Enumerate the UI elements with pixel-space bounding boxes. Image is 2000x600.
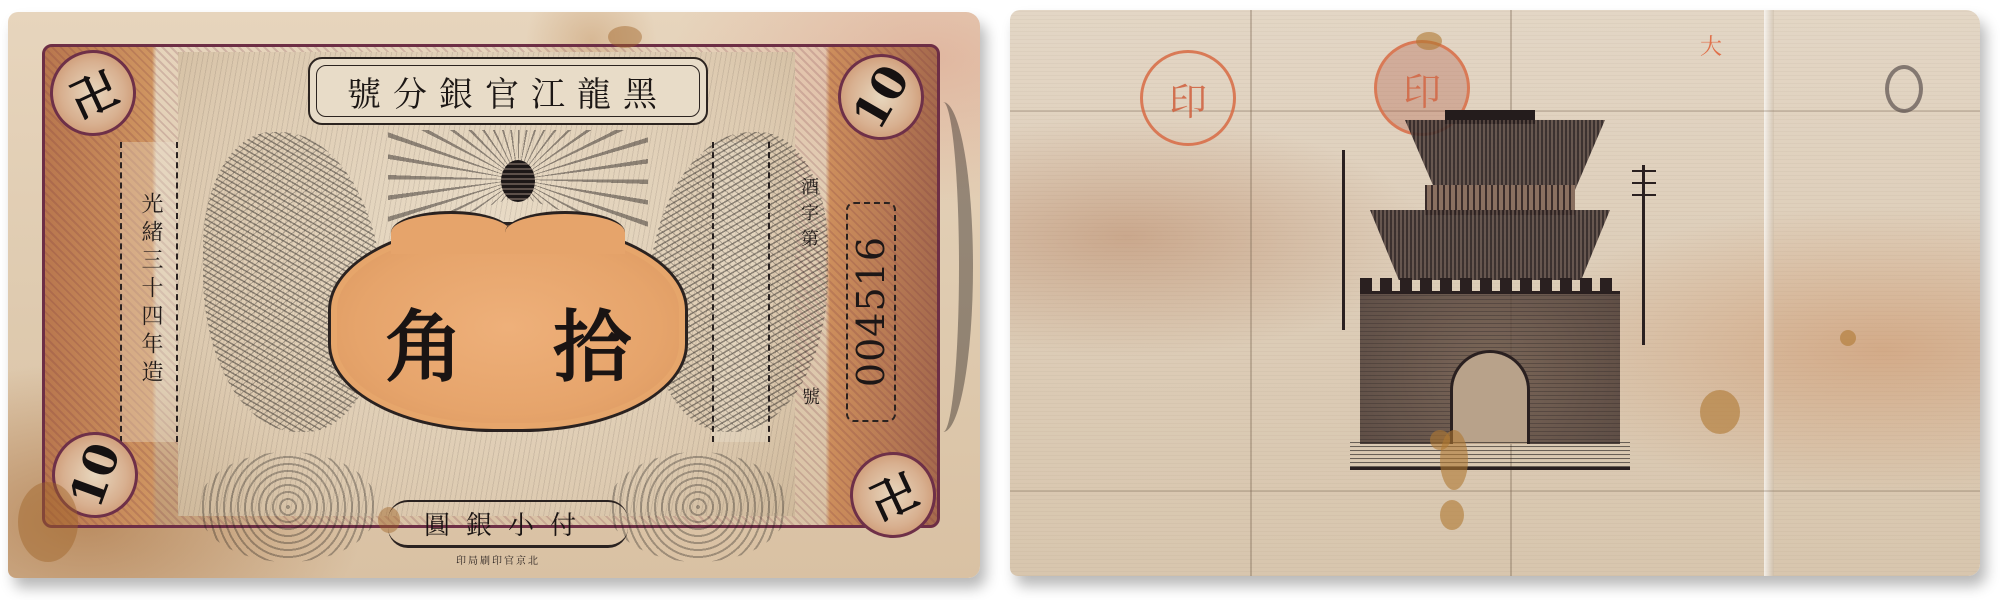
stain bbox=[1430, 430, 1450, 450]
seal-character: 印 bbox=[1403, 61, 1441, 116]
fold-line bbox=[1010, 490, 1980, 492]
denomination: 拾 角 bbox=[331, 285, 685, 397]
flaming-pearl-icon bbox=[501, 160, 535, 202]
stain bbox=[1440, 500, 1464, 530]
serial-number: 004516 bbox=[849, 236, 893, 387]
gate-base bbox=[1350, 440, 1630, 470]
stain bbox=[378, 507, 400, 533]
battlements bbox=[1360, 278, 1620, 294]
stain bbox=[18, 482, 78, 562]
telegraph-pole-right bbox=[1642, 165, 1645, 345]
series-suffix-text: 號 bbox=[798, 387, 822, 405]
small-red-mark: 大 bbox=[1700, 30, 1722, 61]
pole-crossbar bbox=[1632, 170, 1656, 172]
stain bbox=[1700, 390, 1740, 434]
banknote-back: 印 印 大 bbox=[1010, 10, 1980, 576]
series-prefix-text: 酒字第 bbox=[791, 177, 821, 255]
seal-character: 印 bbox=[1169, 71, 1207, 126]
flagpole-left bbox=[1342, 150, 1345, 330]
gate-tower-vignette bbox=[1350, 110, 1630, 470]
swastika-symbol-icon: 卍 bbox=[58, 53, 128, 132]
printer-imprint: 北京官印刷局印 bbox=[456, 552, 540, 567]
stain bbox=[608, 26, 642, 48]
pole-crossbar bbox=[1632, 194, 1656, 196]
upper-roof bbox=[1405, 120, 1605, 190]
denomination-char-ten: 拾 bbox=[553, 285, 631, 397]
floral-ornament-right-icon bbox=[608, 452, 788, 562]
lower-roof bbox=[1370, 210, 1610, 280]
floral-ornament-left-icon bbox=[198, 452, 378, 562]
swastika-symbol-icon: 卍 bbox=[858, 455, 928, 534]
issuer-title: 黑龍江官銀分號 bbox=[347, 67, 669, 116]
payment-text: 付小銀圓 bbox=[424, 505, 592, 542]
serial-number-box: 004516 bbox=[846, 202, 896, 422]
stain bbox=[1416, 32, 1442, 50]
ink-ring-mark bbox=[1885, 65, 1923, 113]
banknote-front: 卍 10 10 卍 黑龍江官銀分號 拾 角 光緒三十四年造 酒字第 號 0045… bbox=[8, 12, 980, 578]
numeral-ten: 10 bbox=[842, 56, 921, 138]
red-seal-left: 印 bbox=[1140, 50, 1236, 146]
payment-text-box: 付小銀圓 bbox=[388, 500, 628, 548]
issue-date-text: 光緒三十四年造 bbox=[132, 192, 166, 388]
handwritten-ink-stroke bbox=[913, 102, 973, 432]
gate-arch bbox=[1450, 350, 1530, 444]
pole-crossbar bbox=[1632, 182, 1656, 184]
stain bbox=[1840, 330, 1856, 346]
denomination-char-jiao: 角 bbox=[385, 285, 463, 397]
issuer-title-box: 黑龍江官銀分號 bbox=[308, 57, 708, 125]
denomination-cartouche: 拾 角 bbox=[328, 222, 688, 432]
